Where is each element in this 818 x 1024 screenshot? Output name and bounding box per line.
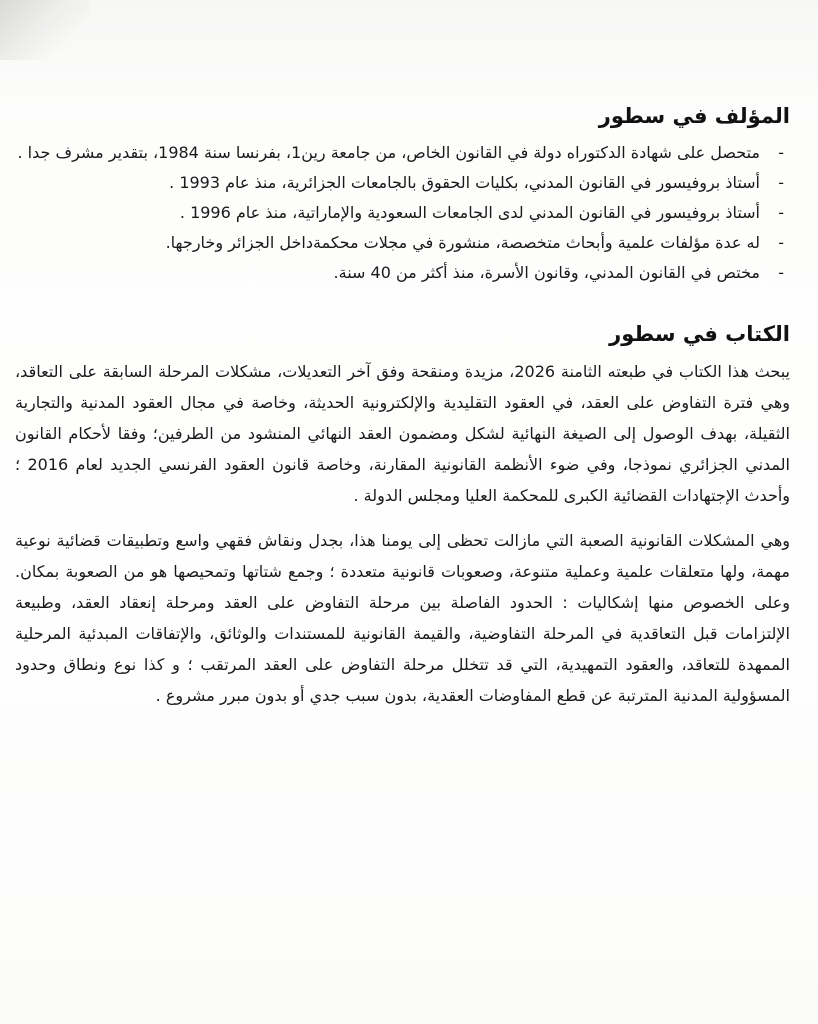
bullet-dash-icon: -: [778, 138, 784, 168]
bullet-dash-icon: -: [778, 168, 784, 198]
bio-item: - أستاذ بروفيسور في القانون المدني، بكلي…: [15, 168, 790, 198]
bio-item-text: مختص في القانون المدني، وقانون الأسرة، م…: [334, 263, 760, 282]
author-section-title: المؤلف في سطور: [15, 100, 790, 132]
bio-item: - مختص في القانون المدني، وقانون الأسرة،…: [15, 258, 790, 288]
scanned-page: المؤلف في سطور - متحصل على شهادة الدكتور…: [0, 0, 818, 1024]
author-bio-list: - متحصل على شهادة الدكتوراه دولة في القا…: [15, 138, 790, 288]
bio-item-text: متحصل على شهادة الدكتوراه دولة في القانو…: [18, 143, 761, 162]
book-section-title: الكتاب في سطور: [15, 318, 790, 350]
bullet-dash-icon: -: [778, 258, 784, 288]
bullet-dash-icon: -: [778, 228, 784, 258]
book-summary-paragraph: يبحث هذا الكتاب في طبعته الثامنة 2026، م…: [15, 356, 790, 511]
bullet-dash-icon: -: [778, 198, 784, 228]
bio-item: - له عدة مؤلفات علمية وأبحاث متخصصة، منش…: [15, 228, 790, 258]
book-problems-paragraph: وهي المشكلات القانونية الصعبة التي مازال…: [15, 525, 790, 711]
bio-item: - متحصل على شهادة الدكتوراه دولة في القا…: [15, 138, 790, 168]
bio-item: - أستاذ بروفيسور في القانون المدني لدى ا…: [15, 198, 790, 228]
book-section: الكتاب في سطور يبحث هذا الكتاب في طبعته …: [15, 318, 790, 711]
page-corner-fold: [0, 0, 90, 60]
author-section: المؤلف في سطور - متحصل على شهادة الدكتور…: [15, 100, 790, 288]
bio-item-text: له عدة مؤلفات علمية وأبحاث متخصصة، منشور…: [166, 233, 760, 252]
bio-item-text: أستاذ بروفيسور في القانون المدني لدى الج…: [180, 203, 760, 222]
document-content: المؤلف في سطور - متحصل على شهادة الدكتور…: [15, 100, 790, 725]
bio-item-text: أستاذ بروفيسور في القانون المدني، بكليات…: [169, 173, 760, 192]
